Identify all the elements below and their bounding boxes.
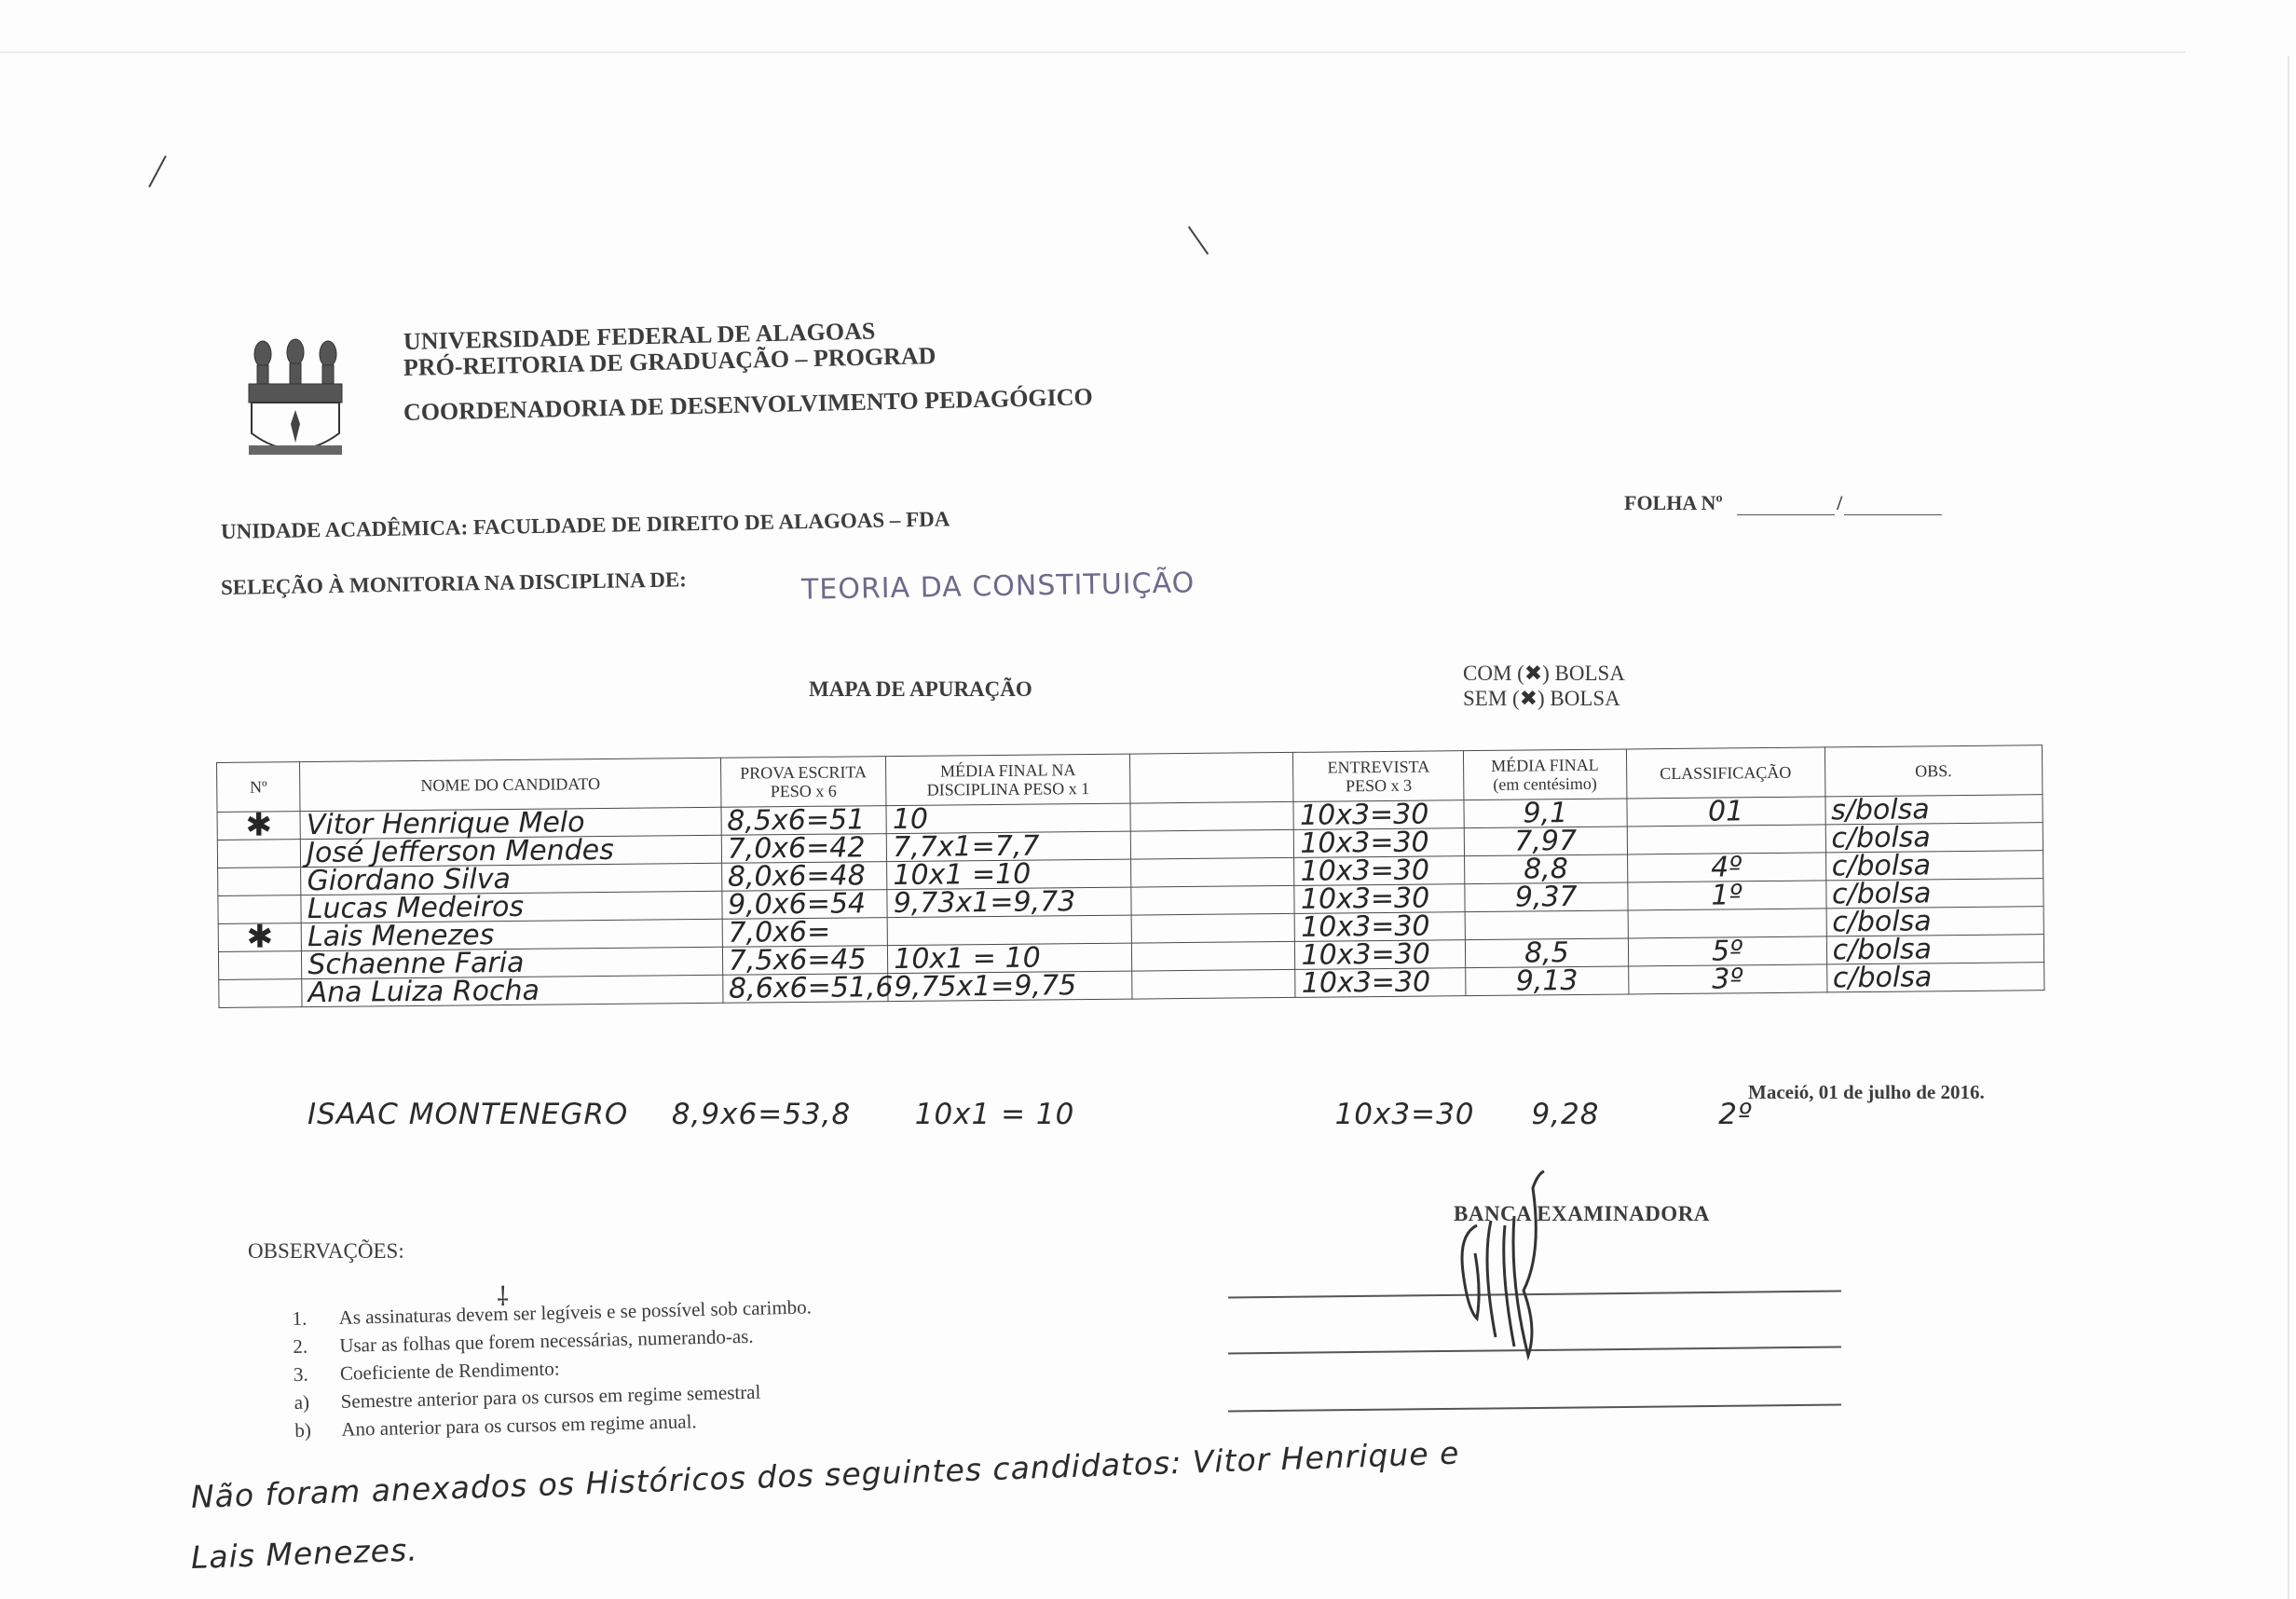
blank-cell (1131, 941, 1295, 971)
blank-cell (1130, 829, 1294, 859)
media-final: 9,1 (1464, 799, 1627, 828)
header-obs: OBS. (1824, 745, 2043, 797)
entrevista: 10x3=30 (1295, 940, 1466, 970)
checkbox-x-icon: ✖ (1520, 687, 1537, 711)
prova-escrita: 9,0x6=54 (722, 890, 888, 920)
header-media-disciplina: MÉDIA FINAL NADISCIPLINA PESO x 1 (886, 754, 1130, 806)
com-bolsa-option: COM (✖) BOLSA (1463, 662, 1625, 686)
classificacao: 3º (1628, 964, 1826, 994)
checkbox-x-icon: ✖ (1524, 662, 1542, 686)
row-mark: ✱ (218, 923, 302, 952)
blank-cell (1132, 969, 1296, 999)
classificacao (1627, 825, 1825, 854)
folha-blank-current (1737, 498, 1835, 515)
row-mark (219, 979, 303, 1008)
obs: c/bolsa (1825, 823, 2043, 853)
candidate-name: José Jefferson Mendes (301, 835, 722, 867)
header-media-final: MÉDIA FINAL(em centésimo) (1464, 749, 1627, 800)
media-disciplina: 9,75x1=9,75 (888, 971, 1132, 1002)
classificacao (1628, 909, 1826, 938)
media-final: 9,13 (1466, 966, 1629, 996)
classificacao: 01 (1627, 797, 1825, 827)
header-prova: PROVA ESCRITAPESO x 6 (720, 757, 886, 808)
folha-blank-total (1844, 498, 1942, 515)
unidade-academica: UNIDADE ACADÊMICA: FACULDADE DE DIREITO … (221, 507, 950, 544)
media-disciplina: 10 (886, 803, 1130, 834)
row-mark (218, 868, 302, 896)
header-number: Nº (217, 762, 301, 813)
page-title: MAPA DE APURAÇÃO (809, 677, 1032, 702)
classificacao: 1º (1627, 881, 1825, 910)
blank-cell (1131, 885, 1295, 915)
media-final (1465, 910, 1628, 940)
sem-bolsa-option: SEM (✖) BOLSA (1463, 687, 1620, 711)
results-table: Nº NOME DO CANDIDATO PROVA ESCRITAPESO x… (216, 745, 2044, 1008)
candidate-name: Lucas Medeiros (301, 891, 722, 922)
obs: c/bolsa (1825, 851, 2043, 881)
media-disciplina: 7,7x1=7,7 (887, 831, 1131, 862)
scan-speck (1188, 226, 1209, 255)
media-disciplina: 9,73x1=9,73 (887, 887, 1131, 918)
obs: c/bolsa (1826, 935, 2044, 964)
media-disciplina: 10x1 = 10 (888, 943, 1132, 974)
coordenadoria-name: COORDENADORIA DE DESENVOLVIMENTO PEDAGÓG… (403, 383, 1093, 427)
obs: c/bolsa (1825, 879, 2043, 909)
extra-candidate-row: ISAAC MONTENEGRO 8,9x6=53,8 10x1 = 10 10… (307, 1098, 1753, 1131)
signature-icon (1440, 1169, 1570, 1365)
university-crest-icon (244, 335, 347, 461)
selecao-label: SELEÇÃO À MONITORIA NA DISCIPLINA DE: (221, 567, 687, 600)
handwritten-note-line2: Lais Menezes. (190, 1525, 419, 1583)
media-final: 9,37 (1465, 882, 1628, 912)
entrevista: 10x3=30 (1295, 912, 1466, 942)
blank-cell (1131, 857, 1295, 887)
obs: c/bolsa (1826, 907, 2044, 936)
header-blank (1129, 752, 1293, 803)
extra-entrevista: 10x3=30 (1335, 1098, 1522, 1131)
scan-edge-top (0, 51, 2185, 53)
entrevista: 10x3=30 (1293, 800, 1464, 830)
extra-prova: 8,9x6=53,8 (672, 1098, 905, 1131)
scan-speck (148, 156, 167, 187)
media-final: 7,97 (1464, 827, 1627, 856)
entrevista: 10x3=30 (1294, 828, 1465, 858)
classificacao: 5º (1628, 936, 1826, 966)
media-disciplina: 10x1 =10 (887, 859, 1131, 890)
extra-media-disciplina: 10x1 = 10 (915, 1098, 1325, 1131)
row-mark: ✱ (217, 812, 301, 840)
folha-number-field: FOLHA Nº / (1624, 491, 1942, 515)
media-disciplina (887, 915, 1131, 946)
blank-cell (1130, 801, 1294, 831)
candidate-name: Ana Luiza Rocha (302, 975, 723, 1006)
prova-escrita: 8,6x6=51,6 (722, 974, 888, 1004)
signature-line (1228, 1404, 1841, 1412)
obs: c/bolsa (1826, 963, 2044, 992)
entrevista: 10x3=30 (1294, 884, 1465, 914)
scan-edge-right (2288, 56, 2289, 1599)
obs: s/bolsa (1825, 795, 2043, 825)
observacoes-list: 1.As assinaturas devem ser legíveis e se… (292, 1292, 814, 1444)
extra-media-final: 9,28 (1531, 1098, 1708, 1131)
header-nome: NOME DO CANDIDATO (300, 758, 721, 811)
folha-label: FOLHA Nº (1624, 491, 1723, 514)
folha-separator: / (1837, 491, 1842, 515)
entrevista: 10x3=30 (1295, 968, 1466, 998)
extra-candidate-name: ISAAC MONTENEGRO (307, 1098, 662, 1131)
media-final: 8,5 (1465, 938, 1628, 968)
header-classificacao: CLASSIFICAÇÃO (1626, 747, 1825, 799)
disciplina-value: TEORIA DA CONSTITUIÇÃO (801, 567, 1196, 606)
observacoes-title: OBSERVAÇÕES: (248, 1239, 404, 1264)
header-entrevista: ENTREVISTAPESO x 3 (1293, 751, 1464, 802)
media-final: 8,8 (1465, 854, 1628, 884)
date-place: Maceió, 01 de julho de 2016. (1748, 1081, 1985, 1104)
entrevista: 10x3=30 (1294, 856, 1465, 886)
classificacao: 4º (1627, 853, 1825, 882)
blank-cell (1131, 913, 1295, 943)
